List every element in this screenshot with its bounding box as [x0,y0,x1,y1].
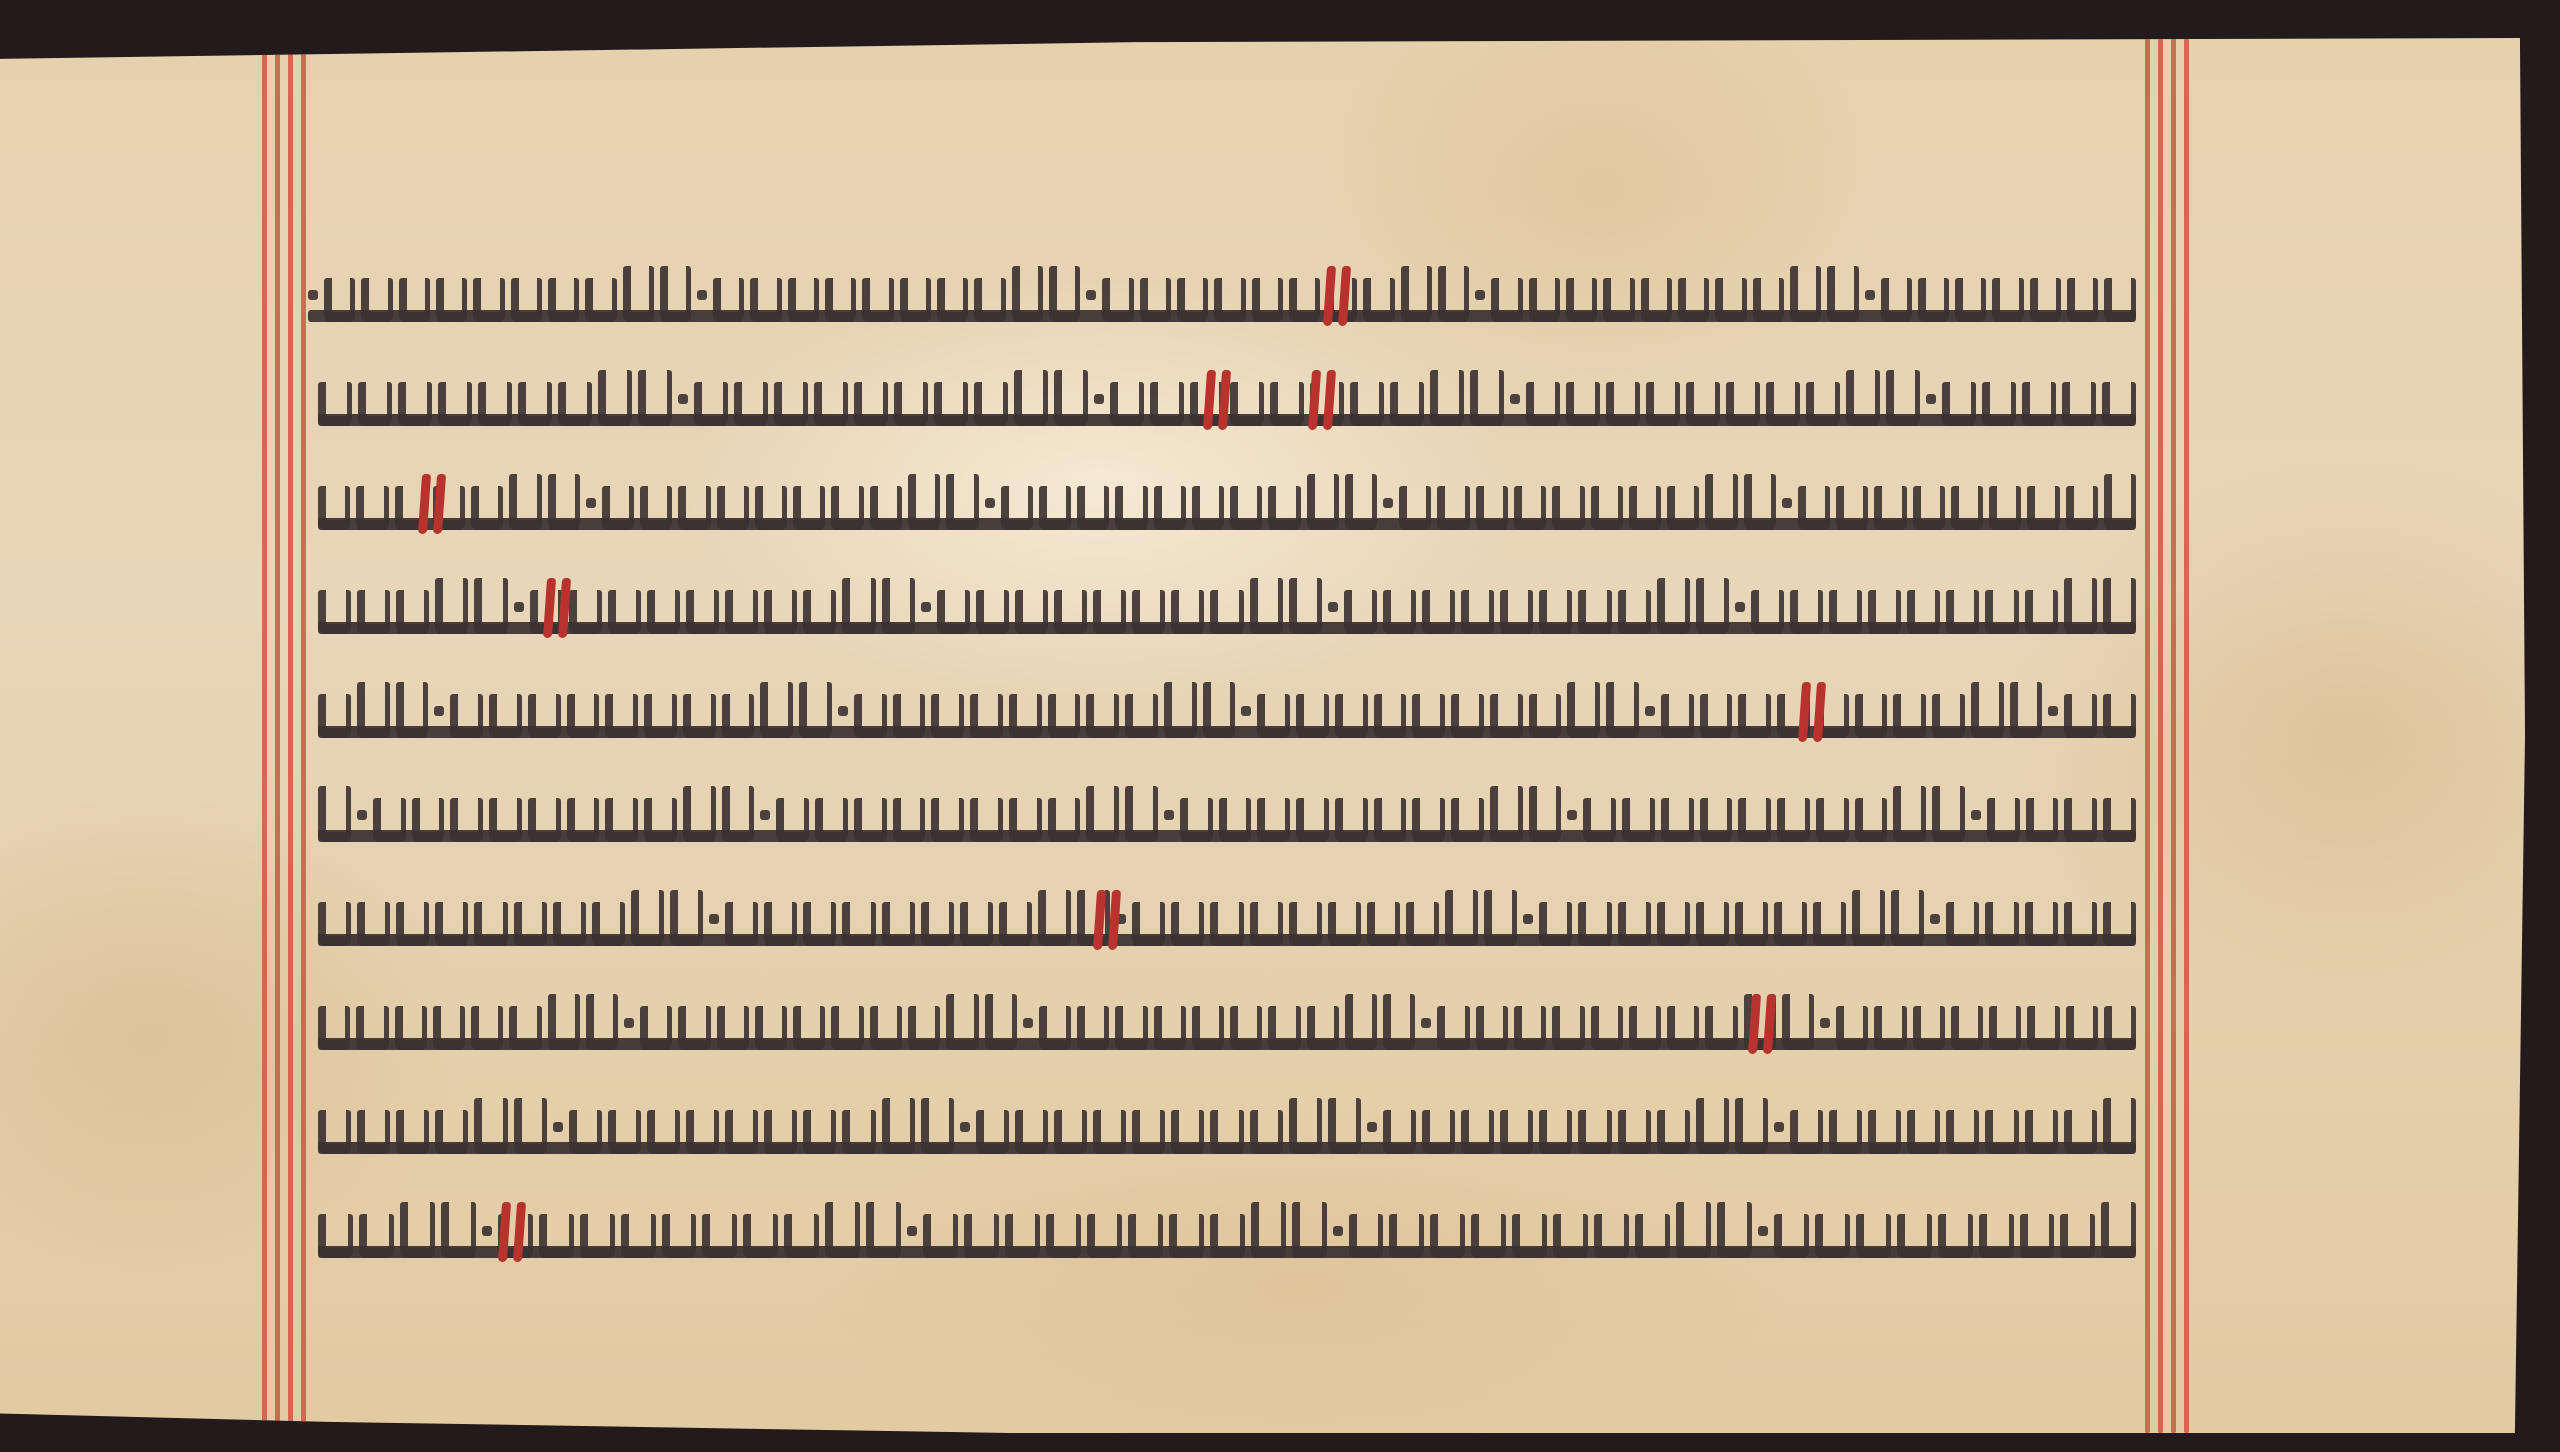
glyph [1578,902,1611,946]
glyph [678,1006,710,1050]
glyph [647,590,680,634]
glyph [1289,578,1322,634]
glyph [1214,278,1245,322]
glyph [1523,914,1533,924]
glyph [1657,902,1690,946]
glyph [1132,590,1165,634]
glyph [1836,486,1868,530]
glyph [1192,1006,1224,1050]
manuscript-line [318,1080,2136,1184]
glyph [686,1110,719,1154]
glyph [357,810,367,820]
glyph [1661,694,1694,738]
glyph [585,278,616,322]
manuscript-line [318,1184,2136,1288]
script-glyphs [308,270,2136,322]
script-glyphs [318,1206,2136,1258]
glyph [1514,1006,1546,1050]
glyph [946,994,978,1050]
glyph [702,1214,737,1258]
glyph [1333,1226,1343,1236]
glyph [558,382,592,426]
glyph [1345,474,1377,530]
glyph [1421,1018,1431,1028]
glyph [1744,474,1776,530]
glyph [803,902,836,946]
glyph [697,290,707,300]
glyph [1881,278,1912,322]
glyph [1430,370,1464,426]
glyph [825,1202,860,1258]
glyph [1009,694,1042,738]
glyph [1618,1110,1651,1154]
glyph [357,682,390,738]
glyph [713,278,744,322]
glyph [509,474,541,530]
glyph [1500,590,1533,634]
glyph [1992,278,2023,322]
glyph [1766,382,1800,426]
glyph [1829,1110,1862,1154]
glyph [1023,1018,1033,1028]
manuscript-line [318,976,2136,1080]
glyph [970,694,1003,738]
margin-rule [275,38,280,1433]
glyph [921,902,954,946]
glyph [1110,382,1144,426]
manuscript-line [318,664,2136,768]
glyph [1603,278,1634,322]
glyph [1529,694,1562,738]
glyph [1292,1202,1327,1258]
glyph [1389,1214,1424,1258]
glyph [357,1110,390,1154]
glyph [803,590,836,634]
glyph [514,1098,547,1154]
glyph [974,278,1005,322]
glyph [1296,798,1329,842]
glyph [1829,590,1862,634]
glyph [1210,590,1243,634]
glyph [1406,902,1439,946]
glyph [1054,1110,1087,1154]
glyph [1399,486,1431,530]
glyph [1230,486,1262,530]
glyph [1567,810,1577,820]
glyph [1942,382,1976,426]
margin-rule [288,38,293,1433]
glyph [1591,486,1623,530]
glyph [678,394,688,404]
glyph [923,1214,958,1258]
glyph [1813,902,1846,946]
glyph [976,1110,1009,1154]
glyph [2025,902,2058,946]
glyph [764,902,797,946]
glyph [1461,590,1494,634]
glyph [2064,694,2097,738]
red-double-danda-mark [1325,266,1351,326]
script-glyphs [318,894,2136,946]
glyph [358,382,392,426]
glyph [870,486,902,530]
glyph [2066,486,2098,530]
glyph [435,1110,468,1154]
glyph [870,1006,902,1050]
glyph [1645,706,1655,716]
glyph [694,382,728,426]
glyph [2103,578,2136,634]
glyph [803,1110,836,1154]
script-glyphs [318,998,2136,1050]
glyph [318,1006,350,1050]
glyph [670,890,703,946]
glyph [1335,798,1368,842]
red-double-danda-mark [1095,890,1121,950]
glyph [1583,798,1616,842]
glyph [308,290,318,300]
glyph [831,486,863,530]
glyph [1307,1006,1339,1050]
glyph [1154,486,1186,530]
glyph [361,278,392,322]
glyph [1798,486,1830,530]
glyph [2067,278,2098,322]
glyph [1461,1110,1494,1154]
glyph [755,486,787,530]
glyph [1132,902,1165,946]
glyph [686,590,719,634]
glyph [776,798,809,842]
glyph [548,278,579,322]
glyph [1897,1214,1932,1258]
glyph [1865,290,1875,300]
glyph [1926,394,1936,404]
glyph [1971,810,1981,820]
script-glyphs [318,790,2136,842]
glyph [2064,902,2097,946]
glyph [450,798,483,842]
glyph [970,798,1003,842]
glyph [964,1214,999,1258]
glyph [722,694,755,738]
glyph [1946,590,1979,634]
right-margin-rules [2145,38,2189,1433]
glyph [1270,382,1304,426]
glyph [474,1098,507,1154]
glyph [1250,902,1283,946]
glyph [1345,994,1377,1050]
glyph [1093,1110,1126,1154]
glyph [1938,1214,1973,1258]
glyph [1705,1006,1737,1050]
glyph [1422,590,1455,634]
glyph [1344,590,1377,634]
glyph [602,486,634,530]
glyph [755,1006,787,1050]
glyph [400,1202,435,1258]
glyph [1471,1214,1506,1258]
glyph [1412,798,1445,842]
script-glyphs [318,582,2136,634]
glyph [1539,590,1572,634]
glyph [1077,486,1109,530]
glyph [2062,382,2096,426]
glyph [743,1214,778,1258]
glyph [1738,798,1771,842]
glyph [1367,902,1400,946]
glyph [1774,1214,1809,1258]
glyph [1932,694,1965,738]
manuscript-line [318,352,2136,456]
glyph [2064,798,2097,842]
glyph [725,1110,758,1154]
glyph [2104,278,2135,322]
glyph [660,266,691,322]
glyph [764,1110,797,1154]
glyph [1374,798,1407,842]
glyph [1667,1006,1699,1050]
glyph [1700,694,1733,738]
glyph [489,694,522,738]
glyph [2060,1214,2095,1258]
glyph [580,1214,615,1258]
glyph [1048,798,1081,842]
margin-rule [262,38,267,1433]
glyph [976,590,1009,634]
manuscript-folio [0,38,2525,1433]
glyph [1635,1214,1670,1258]
glyph [1012,266,1043,322]
glyph [1132,1110,1165,1154]
left-margin-rules [262,38,306,1433]
glyph [2022,382,2056,426]
glyph [1758,1226,1768,1236]
glyph [2048,706,2058,716]
glyph [907,1226,917,1236]
glyph [1086,786,1119,842]
glyph [1328,902,1361,946]
glyph [815,798,848,842]
glyph [1738,694,1771,738]
glyph [1606,682,1639,738]
glyph [683,694,716,738]
glyph [1241,706,1251,716]
glyph [1390,382,1424,426]
glyph [2027,1006,2059,1050]
glyph [1705,474,1737,530]
glyph [774,382,808,426]
glyph [1874,486,1906,530]
glyph [760,682,793,738]
glyph [1753,278,1784,322]
glyph [854,382,888,426]
glyph [1422,1110,1455,1154]
glyph [893,694,926,738]
glyph [1289,902,1322,946]
glyph [514,602,524,612]
glyph [1437,1006,1469,1050]
glyph [1578,590,1611,634]
glyph [1678,278,1709,322]
glyph [318,590,351,634]
glyph [1618,590,1651,634]
glyph [1257,694,1290,738]
glyph [1946,902,1979,946]
margin-rule [2171,38,2176,1433]
glyph [553,902,586,946]
glyph [725,902,758,946]
glyph [1594,1214,1629,1258]
glyph [1289,1098,1322,1154]
glyph [814,382,848,426]
glyph [1014,370,1048,426]
glyph [1383,498,1393,508]
glyph [1490,694,1523,738]
glyph [793,1006,825,1050]
glyph [592,902,625,946]
glyph [1657,1110,1690,1154]
glyph [842,578,875,634]
glyph [1777,798,1810,842]
glyph [1476,486,1508,530]
glyph [1856,1214,1891,1258]
glyph [373,798,406,842]
glyph [356,1006,388,1050]
glyph [1350,382,1384,426]
red-double-danda-mark [1800,682,1826,742]
glyph [1700,798,1733,842]
glyph [825,278,856,322]
glyph [788,278,819,322]
glyph [1009,798,1042,842]
glyph [473,278,504,322]
glyph [1552,486,1584,530]
script-glyphs [318,686,2136,738]
glyph [1751,590,1784,634]
glyph [854,694,887,738]
glyph [1451,694,1484,738]
glyph [1169,1214,1204,1258]
glyph [1367,1122,1377,1132]
glyph [882,902,915,946]
glyph [1328,602,1338,612]
glyph [553,1122,563,1132]
glyph [359,1214,394,1258]
glyph [474,578,507,634]
glyph [934,382,968,426]
glyph [717,486,749,530]
glyph [862,278,893,322]
glyph [1717,1202,1752,1258]
glyph [1578,1110,1611,1154]
glyph [1696,1098,1729,1154]
glyph [900,278,931,322]
glyph [842,902,875,946]
glyph [2064,1110,2097,1154]
glyph [1296,694,1329,738]
glyph [638,370,672,426]
glyph [1735,1098,1768,1154]
glyph [644,798,677,842]
glyph [1140,278,1171,322]
glyph [1790,590,1823,634]
glyph [1874,1006,1906,1050]
red-double-danda-mark [500,1202,526,1262]
glyph [1038,890,1071,946]
glyph [569,1110,602,1154]
glyph [433,1006,465,1050]
glyph [1782,994,1814,1050]
glyph [514,902,547,946]
glyph [1907,1110,1940,1154]
glyph [1868,1110,1901,1154]
red-double-danda-mark [420,474,446,534]
glyph [1806,382,1840,426]
glyph [1930,914,1940,924]
glyph [357,590,390,634]
glyph [1868,590,1901,634]
glyph [474,902,507,946]
red-double-danda-mark [1750,994,1776,1054]
glyph [1250,578,1283,634]
glyph [1932,786,1965,842]
glyph [1015,1110,1048,1154]
glyph [1893,694,1926,738]
manuscript-line [318,560,2136,664]
glyph [398,382,432,426]
glyph [1913,1006,1945,1050]
glyph [1893,786,1926,842]
glyph [1451,798,1484,842]
glyph [1529,278,1560,322]
manuscript-line [318,456,2136,560]
glyph [1102,278,1133,322]
glyph [1774,1122,1784,1132]
glyph [838,706,848,716]
glyph [435,578,468,634]
glyph [1553,1214,1588,1258]
glyph [1971,682,2004,738]
glyph [1661,798,1694,842]
glyph [1383,994,1415,1050]
glyph [436,278,467,322]
glyph [1164,810,1174,820]
glyph [1529,786,1562,842]
glyph [621,1214,656,1258]
glyph [482,1226,492,1236]
glyph [1268,1006,1300,1050]
glyph [717,1006,749,1050]
glyph [2103,1098,2136,1154]
glyph [882,578,915,634]
glyph [435,902,468,946]
glyph [1514,486,1546,530]
glyph [1886,370,1920,426]
glyph [605,694,638,738]
glyph [318,382,352,426]
glyph [937,590,970,634]
glyph [605,798,638,842]
glyph [1171,902,1204,946]
glyph [640,1006,672,1050]
glyph [1816,798,1849,842]
glyph [1852,890,1885,946]
glyph [471,1006,503,1050]
glyph [2103,694,2136,738]
glyph [318,694,351,738]
glyph [734,382,768,426]
